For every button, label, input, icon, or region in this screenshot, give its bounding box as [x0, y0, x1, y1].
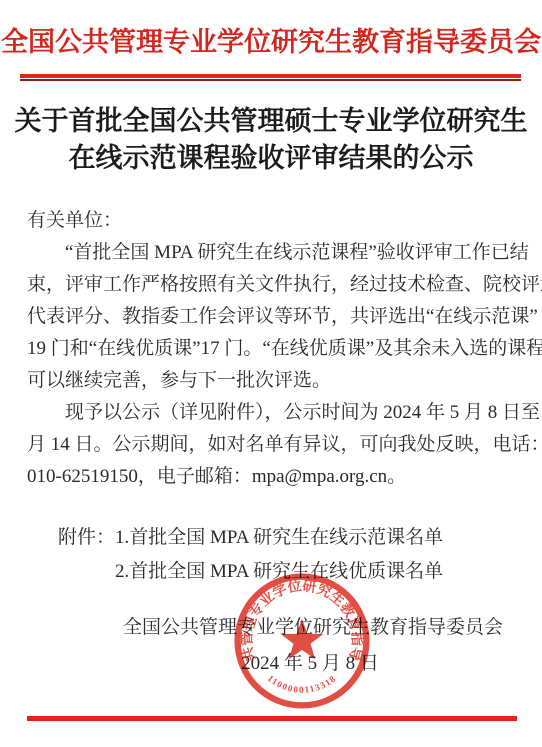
body-paragraph-1-line: 19 门和“在线优质课”17 门。“在线优质课”及其余未入选的课程: [27, 333, 521, 365]
body-paragraph-1-line: 可以继续完善，参与下一批次评选。: [27, 365, 521, 397]
body-paragraph-1-line: “首批全国 MPA 研究生在线示范课程”验收评审工作已结: [27, 237, 521, 269]
salutation: 有关单位：: [27, 205, 122, 237]
document-title: 关于首批全国公共管理硕士专业学位研究生 在线示范课程验收评审结果的公示: [0, 103, 542, 177]
letterhead-divider: [20, 74, 521, 81]
body-paragraph-1: “首批全国 MPA 研究生在线示范课程”验收评审工作已结束，评审工作严格按照有关…: [27, 237, 521, 397]
attachment-item-1: 1.首批全国 MPA 研究生在线示范课名单: [115, 521, 443, 555]
body-paragraph-1-line: 束，评审工作严格按照有关文件执行，经过技术检查、院校评选: [27, 269, 521, 301]
attachment-row-1: 附件： 1.首批全国 MPA 研究生在线示范课名单: [58, 521, 443, 555]
body-paragraph-2-line: 月 14 日。公示期间，如对名单有异议，可向我处反映，电话：: [27, 429, 521, 461]
announcement-document: 全国公共管理专业学位研究生教育指导委员会 关于首批全国公共管理硕士专业学位研究生…: [0, 0, 542, 747]
body-paragraph-2-line: 现予以公示（详见附件），公示时间为 2024 年 5 月 8 日至 5: [27, 397, 521, 429]
seal-star-icon: [281, 619, 324, 660]
letterhead-org-name: 全国公共管理专业学位研究生教育指导委员会: [0, 20, 542, 59]
body-paragraph-2: 现予以公示（详见附件），公示时间为 2024 年 5 月 8 日至 5月 14 …: [27, 397, 521, 493]
body-paragraph-1-line: 代表评分、教指委工作会评议等环节，共评选出“在线示范课”: [27, 301, 521, 333]
body-paragraph-2-line: 010-62519150，电子邮箱：mpa@mpa.org.cn。: [27, 461, 521, 493]
document-title-line1: 关于首批全国公共管理硕士专业学位研究生: [0, 103, 542, 140]
attachments-label: 附件：: [58, 521, 115, 555]
svg-text:1100000113318: 1100000113318: [266, 673, 339, 695]
letterhead-divider-thin-line: [20, 79, 521, 81]
document-title-line2: 在线示范课程验收评审结果的公示: [0, 140, 542, 177]
seal-serial-number: 1100000113318: [266, 673, 339, 695]
footer-divider-line: [27, 716, 517, 721]
official-seal-stamp: 全国公共管理专业学位研究生教育指导委员会 1100000113318: [232, 571, 372, 711]
